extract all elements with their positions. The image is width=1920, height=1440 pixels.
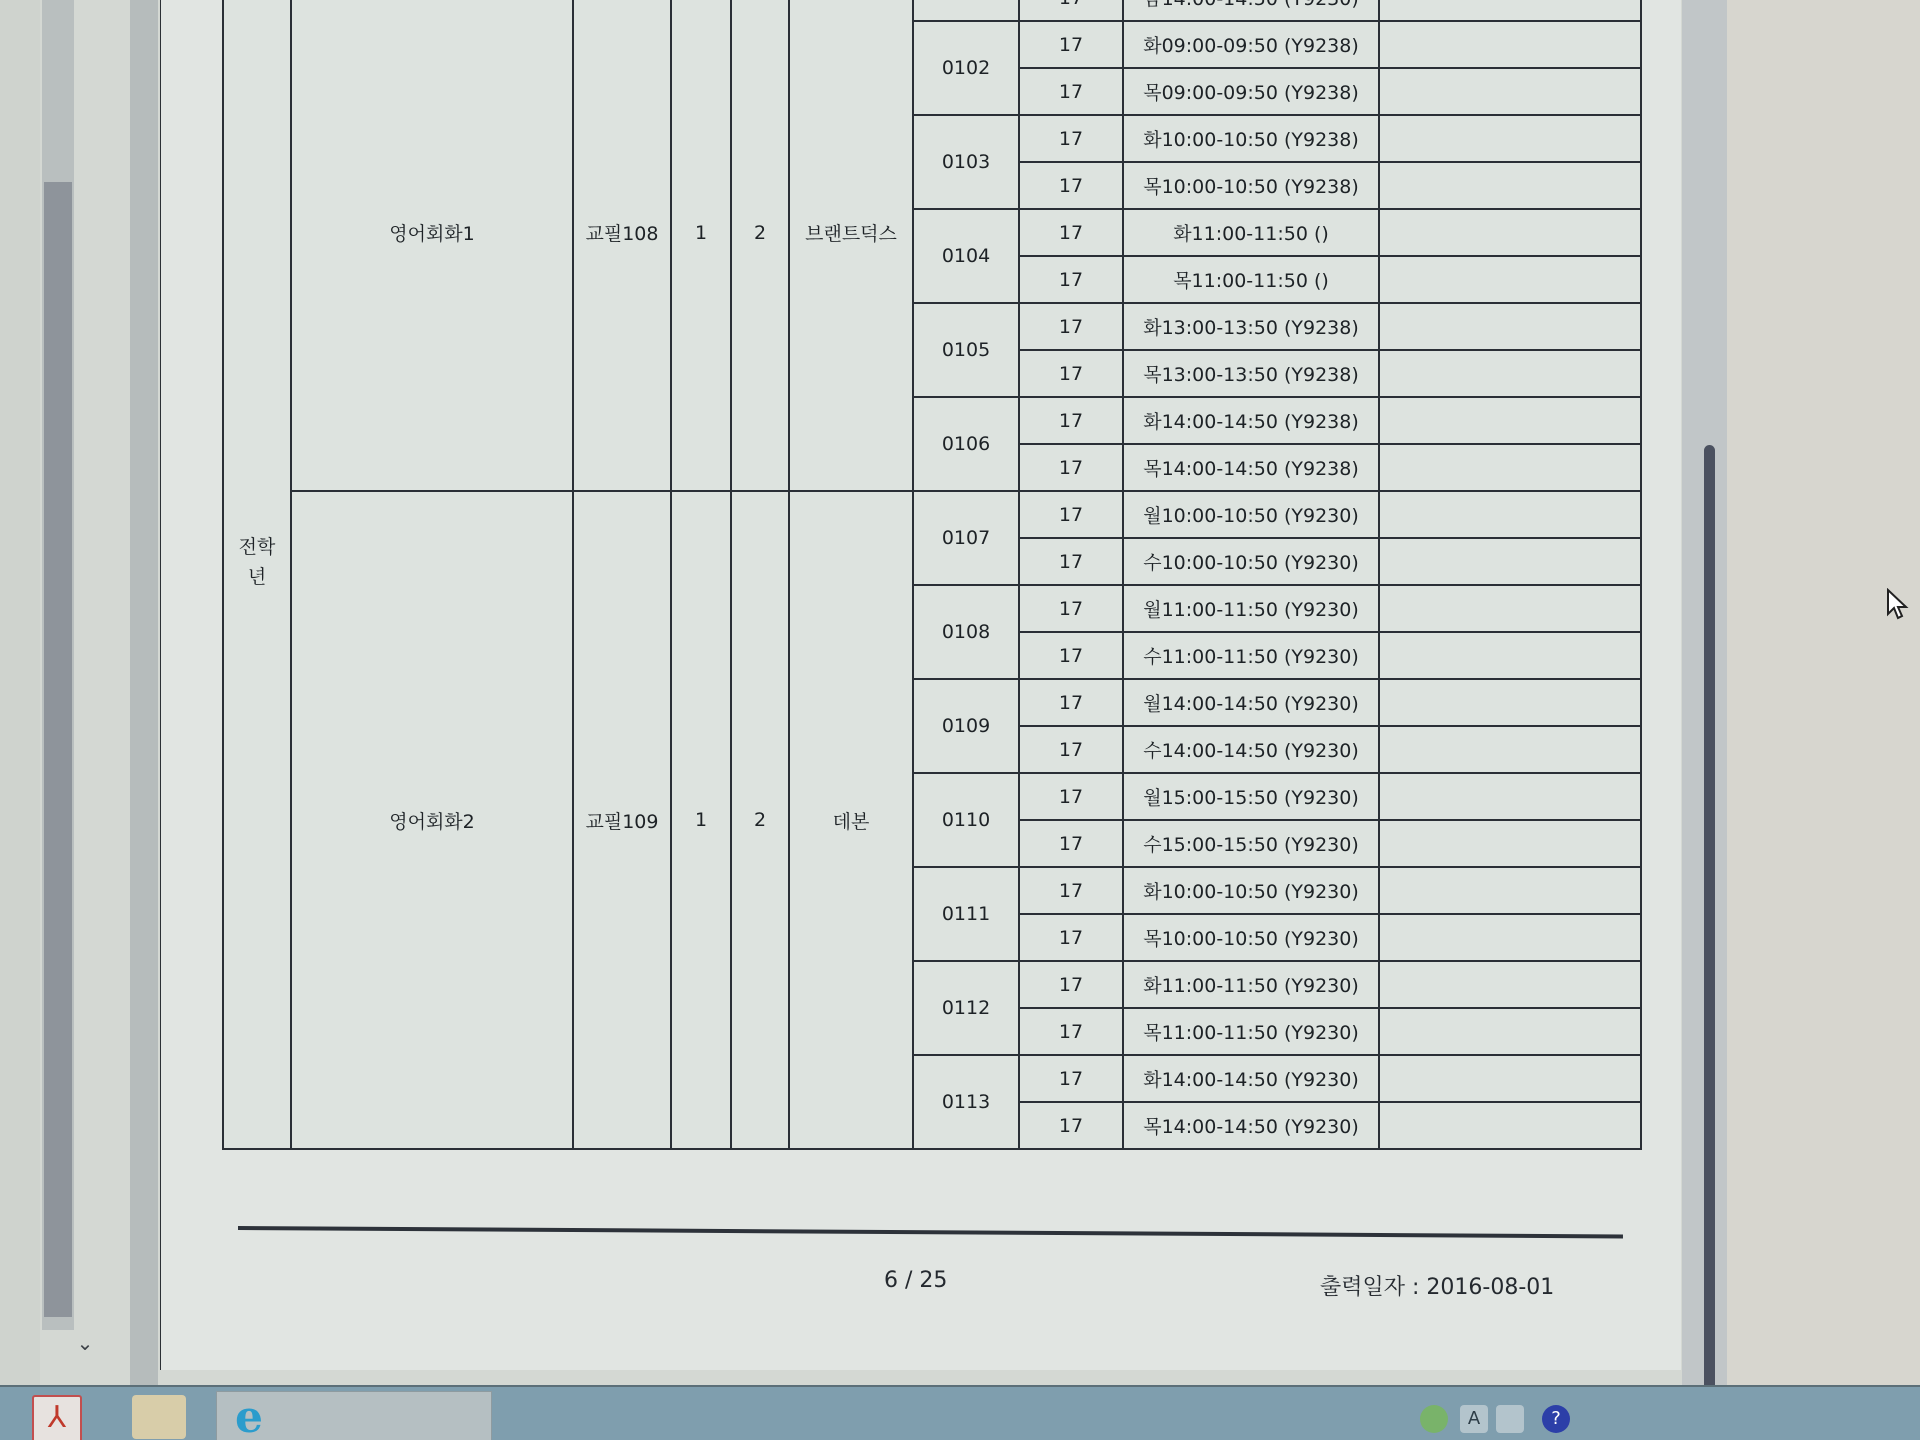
- class-time: 화09:00-09:50 (Y9238): [1123, 21, 1379, 68]
- capacity: 17: [1019, 961, 1123, 1008]
- course-schedule-table: 전학년영어회화1교필10812브랜트덕스17금14:00-14:50 (Y923…: [222, 0, 1642, 1150]
- taskbar: ⅄ e A ?: [0, 1385, 1920, 1440]
- class-time: 목09:00-09:50 (Y9238): [1123, 68, 1379, 115]
- network-icon[interactable]: [1420, 1405, 1448, 1433]
- capacity: 17: [1019, 209, 1123, 256]
- section-id: 0106: [913, 397, 1019, 491]
- section-id: 0105: [913, 303, 1019, 397]
- class-time: 월11:00-11:50 (Y9230): [1123, 585, 1379, 632]
- section-id: 0113: [913, 1055, 1019, 1149]
- remarks: [1379, 0, 1641, 21]
- remarks: [1379, 256, 1641, 303]
- remarks: [1379, 397, 1641, 444]
- acrobat-icon[interactable]: ⅄: [32, 1395, 82, 1440]
- internet-explorer-icon: e: [235, 1396, 281, 1440]
- capacity: 17: [1019, 491, 1123, 538]
- class-time: 화14:00-14:50 (Y9238): [1123, 397, 1379, 444]
- course-year: 1: [671, 0, 731, 491]
- capacity: 17: [1019, 1008, 1123, 1055]
- class-time: 목14:00-14:50 (Y9230): [1123, 1102, 1379, 1149]
- capacity: 17: [1019, 1055, 1123, 1102]
- capacity: 17: [1019, 679, 1123, 726]
- remarks: [1379, 679, 1641, 726]
- remarks: [1379, 961, 1641, 1008]
- remarks: [1379, 115, 1641, 162]
- capacity: 17: [1019, 162, 1123, 209]
- class-time: 화14:00-14:50 (Y9230): [1123, 1055, 1379, 1102]
- class-time: 월10:00-10:50 (Y9230): [1123, 491, 1379, 538]
- remarks: [1379, 21, 1641, 68]
- remarks: [1379, 68, 1641, 115]
- file-explorer-icon[interactable]: [132, 1395, 186, 1439]
- capacity: 17: [1019, 773, 1123, 820]
- capacity: 17: [1019, 68, 1123, 115]
- table-row: 영어회화2교필10912데본010717월10:00-10:50 (Y9230): [223, 491, 1641, 538]
- capacity: 17: [1019, 726, 1123, 773]
- capacity: 17: [1019, 0, 1123, 21]
- ime-mode-icon[interactable]: A: [1460, 1405, 1488, 1433]
- left-scrollbar-thumb[interactable]: [44, 182, 72, 1317]
- remarks: [1379, 350, 1641, 397]
- remarks: [1379, 1055, 1641, 1102]
- class-time: 화11:00-11:50 (): [1123, 209, 1379, 256]
- course-credits: 2: [731, 491, 789, 1149]
- remarks: [1379, 162, 1641, 209]
- capacity: 17: [1019, 867, 1123, 914]
- volume-icon[interactable]: [1700, 1405, 1728, 1433]
- course-code: 교필109: [573, 491, 671, 1149]
- class-time: 목10:00-10:50 (Y9238): [1123, 162, 1379, 209]
- section-id: 0108: [913, 585, 1019, 679]
- class-time: 월14:00-14:50 (Y9230): [1123, 679, 1379, 726]
- class-time: 화10:00-10:50 (Y9238): [1123, 115, 1379, 162]
- course-credits: 2: [731, 0, 789, 491]
- capacity: 17: [1019, 585, 1123, 632]
- grade-label: 전학년: [239, 536, 276, 588]
- desktop-background-right: [1727, 0, 1920, 1385]
- grade-cell: 전학년: [223, 0, 291, 1149]
- section-id: 0112: [913, 961, 1019, 1055]
- desktop-background-left: [0, 0, 40, 1385]
- remarks: [1379, 491, 1641, 538]
- professor-name: 데본: [789, 491, 913, 1149]
- remarks: [1379, 914, 1641, 961]
- section-id: 0102: [913, 21, 1019, 115]
- class-time: 금14:00-14:50 (Y9230): [1123, 0, 1379, 21]
- class-time: 월15:00-15:50 (Y9230): [1123, 773, 1379, 820]
- class-time: 목11:00-11:50 (): [1123, 256, 1379, 303]
- class-time: 화11:00-11:50 (Y9230): [1123, 961, 1379, 1008]
- print-date: 출력일자 : 2016-08-01: [1320, 1270, 1554, 1301]
- course-year: 1: [671, 491, 731, 1149]
- class-time: 수11:00-11:50 (Y9230): [1123, 632, 1379, 679]
- capacity: 17: [1019, 21, 1123, 68]
- class-time: 목11:00-11:50 (Y9230): [1123, 1008, 1379, 1055]
- capacity: 17: [1019, 914, 1123, 961]
- action-center-icon[interactable]: [1650, 1405, 1678, 1433]
- section-id: 0103: [913, 115, 1019, 209]
- remarks: [1379, 773, 1641, 820]
- class-time: 목13:00-13:50 (Y9238): [1123, 350, 1379, 397]
- capacity: 17: [1019, 444, 1123, 491]
- mouse-cursor-icon: [1886, 588, 1912, 622]
- capacity: 17: [1019, 256, 1123, 303]
- class-time: 화10:00-10:50 (Y9230): [1123, 867, 1379, 914]
- help-icon[interactable]: ?: [1542, 1405, 1570, 1433]
- capacity: 17: [1019, 820, 1123, 867]
- course-code: 교필108: [573, 0, 671, 491]
- course-name: 영어회화1: [291, 0, 573, 491]
- class-time: 수10:00-10:50 (Y9230): [1123, 538, 1379, 585]
- remarks: [1379, 867, 1641, 914]
- section-id: 0104: [913, 209, 1019, 303]
- remarks: [1379, 209, 1641, 256]
- course-name: 영어회화2: [291, 491, 573, 1149]
- professor-name: 브랜트덕스: [789, 0, 913, 491]
- table-row: 전학년영어회화1교필10812브랜트덕스17금14:00-14:50 (Y923…: [223, 0, 1641, 21]
- capacity: 17: [1019, 303, 1123, 350]
- remarks: [1379, 303, 1641, 350]
- capacity: 17: [1019, 397, 1123, 444]
- section-id: 0107: [913, 491, 1019, 585]
- capacity: 17: [1019, 1102, 1123, 1149]
- class-time: 화13:00-13:50 (Y9238): [1123, 303, 1379, 350]
- page-number: 6 / 25: [884, 1268, 947, 1293]
- remarks: [1379, 632, 1641, 679]
- section-id: 0109: [913, 679, 1019, 773]
- remarks: [1379, 538, 1641, 585]
- capacity: 17: [1019, 538, 1123, 585]
- viewer-frame-left: [130, 0, 158, 1385]
- capacity: 17: [1019, 115, 1123, 162]
- remarks: [1379, 1008, 1641, 1055]
- remarks: [1379, 585, 1641, 632]
- capacity: 17: [1019, 350, 1123, 397]
- section-id: 0110: [913, 773, 1019, 867]
- remarks: [1379, 820, 1641, 867]
- section-id: 0111: [913, 867, 1019, 961]
- class-time: 수15:00-15:50 (Y9230): [1123, 820, 1379, 867]
- scroll-down-arrow-icon[interactable]: ⌄: [70, 1330, 100, 1356]
- class-time: 수14:00-14:50 (Y9230): [1123, 726, 1379, 773]
- class-time: 목14:00-14:50 (Y9238): [1123, 444, 1379, 491]
- class-time: 목10:00-10:50 (Y9230): [1123, 914, 1379, 961]
- remarks: [1379, 444, 1641, 491]
- remarks: [1379, 726, 1641, 773]
- remarks: [1379, 1102, 1641, 1149]
- taskbar-ie-window-button[interactable]: e: [216, 1391, 492, 1440]
- section-id: [913, 0, 1019, 21]
- system-tray: A ?: [1400, 1393, 1920, 1440]
- capacity: 17: [1019, 632, 1123, 679]
- right-scrollbar-thumb[interactable]: [1704, 445, 1715, 1400]
- ime-hanja-icon[interactable]: [1496, 1405, 1524, 1433]
